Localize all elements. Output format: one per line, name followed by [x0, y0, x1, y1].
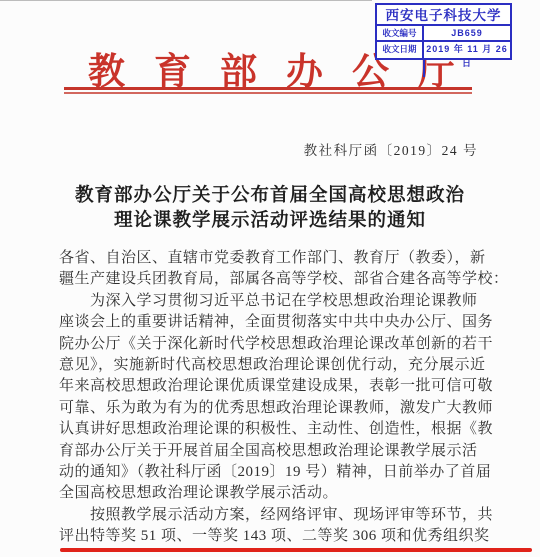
document-title: 教育部办公厅关于公布首届全国高校思想政治 理论课教学展示活动评选结果的通知 [0, 184, 540, 234]
body-line: 认真讲好思想政治理论课的积极性、主动性、创造性，根据《教 [59, 419, 491, 440]
body-line: 年来高校思想政治理论课优质课堂建设成果，表彰一批可信可敬 [59, 376, 491, 397]
scan-edge-artifact [0, 0, 372, 1]
stamp-receipt-date-row: 收文日期 2019 年 11 月 26 日 [377, 42, 510, 58]
body-line: 全国高校思想政治理论课教学展示活动。 [59, 483, 491, 504]
stamp-university-name: 西安电子科技大学 [377, 5, 510, 26]
body-line: 意见》，实施新时代高校思想政治理论课创优行动，充分展示近 [59, 355, 491, 376]
document-title-line2: 理论课教学展示活动评选结果的通知 [0, 209, 540, 234]
receipt-stamp: 西安电子科技大学 收文编号 JB659 收文日期 2019 年 11 月 26 … [375, 3, 512, 60]
stamp-receipt-date-label: 收文日期 [377, 42, 424, 58]
stamp-receipt-number-label: 收文编号 [377, 26, 424, 40]
body-line: 动的通知》（教社科厅函〔2019〕19 号）精神，日前举办了首届 [59, 462, 491, 483]
document-title-line1: 教育部办公厅关于公布首届全国高校思想政治 [0, 184, 540, 209]
body-line: 疆生产建设兵团教育局，部属各高等学校、部省合建各高等学校： [59, 269, 491, 290]
emphasis-underline [60, 548, 532, 552]
document-reference-number: 教社科厅函〔2019〕24 号 [304, 139, 478, 159]
stamp-receipt-number-row: 收文编号 JB659 [377, 26, 510, 42]
body-line: 育部办公厅关于开展首届全国高校思想政治理论课教学展示活 [59, 441, 491, 462]
body-line: 可靠、乐为敢为有为的优秀思想政治理论课教师，激发广大教师 [59, 398, 491, 419]
body-line: 为深入学习贯彻习近平总书记在学校思想政治理论课教师 [59, 291, 491, 312]
stamp-receipt-date-value: 2019 年 11 月 26 日 [424, 42, 510, 58]
body-line: 评出特等奖 51 项、一等奖 143 项、二等奖 306 项和优秀组织奖 [59, 526, 491, 547]
body-line: 院办公厅《关于深化新时代学校思想政治理论课改革创新的若干 [59, 334, 491, 355]
body-line: 按照教学展示活动方案，经网络评审、现场评审等环节，共 [59, 505, 491, 526]
document-page: 教育部办公厅 西安电子科技大学 收文编号 JB659 收文日期 2019 年 1… [0, 0, 540, 557]
body-line: 各省、自治区、直辖市党委教育工作部门、教育厅（教委），新 [59, 248, 491, 269]
stamp-receipt-number-value: JB659 [424, 26, 510, 40]
stamp-divider-mark [423, 60, 425, 77]
body-line: 座谈会上的重要讲话精神，全面贯彻落实中共中央办公厅、国务 [59, 312, 491, 333]
document-body: 各省、自治区、直辖市党委教育工作部门、教育厅（教委），新疆生产建设兵团教育局，部… [59, 248, 491, 547]
